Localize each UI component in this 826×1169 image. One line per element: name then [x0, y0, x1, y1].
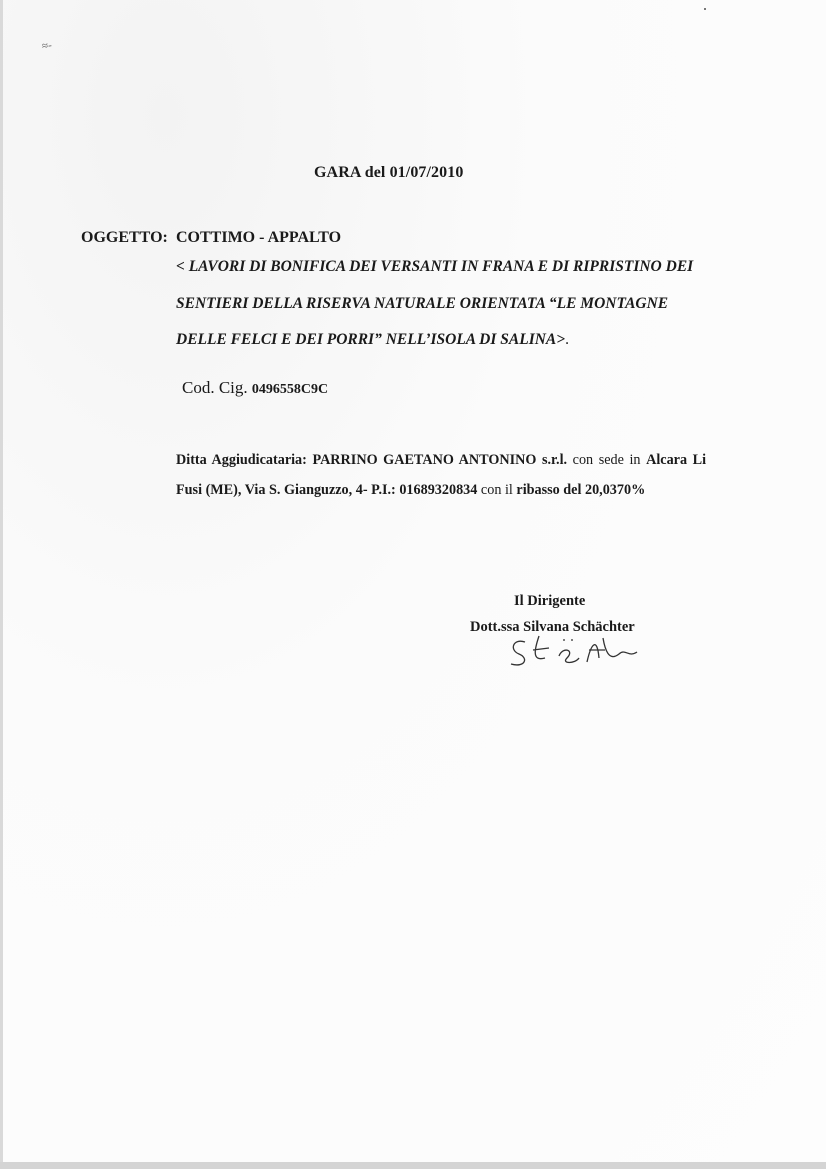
ditta-ribasso: ribasso del 20,0370% — [516, 482, 645, 498]
ditta-label: Ditta Aggiudicataria: — [176, 452, 307, 468]
scan-mark: ≈‐ — [41, 39, 52, 52]
ditta-company: PARRINO GAETANO ANTONINO s.r.l. — [312, 452, 567, 468]
oggetto-line-3-text: DELLE FELCI E DEI PORRI” NELL’ISOLA DI S… — [176, 331, 565, 348]
ditta-sede-text: con sede in — [573, 452, 641, 468]
oggetto-line-3: DELLE FELCI E DEI PORRI” NELL’ISOLA DI S… — [176, 331, 569, 349]
oggetto-label: OGGETTO: — [81, 229, 168, 247]
signature-role: Il Dirigente — [514, 593, 585, 610]
oggetto-line-1: < LAVORI DI BONIFICA DEI VERSANTI IN FRA… — [176, 258, 693, 276]
document-title: GARA del 01/07/2010 — [314, 164, 463, 182]
scanned-page: ≈‐ GARA del 01/07/2010 OGGETTO: COTTIMO … — [0, 0, 826, 1162]
oggetto-line-2: SENTIERI DELLA RISERVA NATURALE ORIENTAT… — [176, 295, 668, 313]
cig-code: 0496558C9C — [252, 382, 328, 397]
cig-row: Cod. Cig. 0496558C9C — [182, 378, 328, 398]
scan-bottom-edge — [0, 1162, 826, 1169]
oggetto-type: COTTIMO - APPALTO — [176, 229, 341, 247]
ditta-ribasso-text: con il — [481, 482, 513, 498]
oggetto-line-3-tail: . — [565, 331, 569, 348]
ditta-paragraph: Ditta Aggiudicataria: PARRINO GAETANO AN… — [176, 445, 706, 505]
handwritten-signature-icon — [505, 628, 655, 670]
cig-label: Cod. Cig. — [182, 378, 248, 397]
scan-speck — [704, 8, 706, 10]
scan-left-edge — [0, 0, 3, 1162]
